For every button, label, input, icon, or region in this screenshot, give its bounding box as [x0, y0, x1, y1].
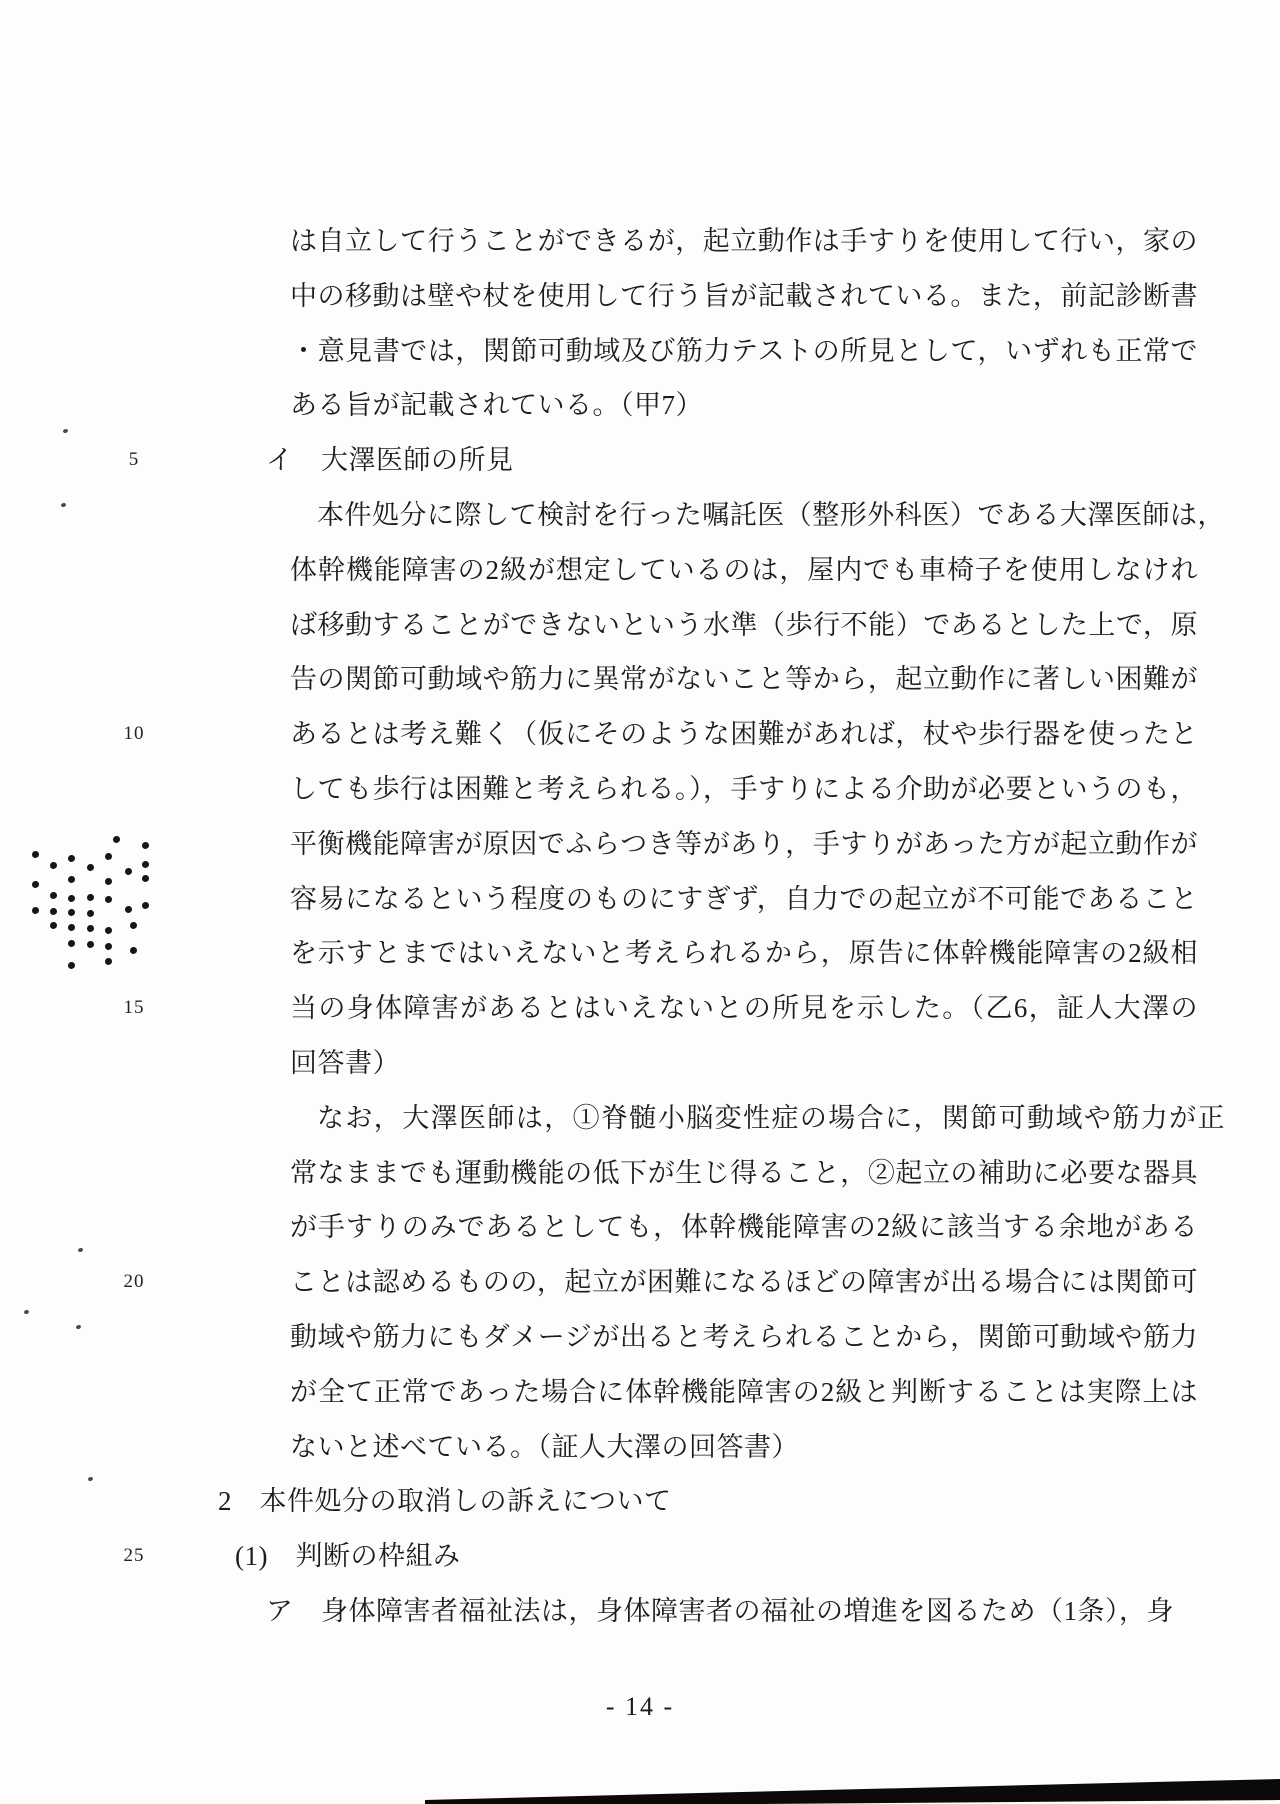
margin-line-number: 25	[108, 1544, 160, 1568]
text-line: 告の関節可動域や筋力に異常がないこと等から，起立動作に著しい困難が	[290, 658, 1198, 700]
stamp-dot	[105, 896, 112, 903]
text-line: 動域や筋力にもダメージが出ると考えられることから，関節可動域や筋力	[290, 1316, 1198, 1358]
stamp-dot	[105, 853, 112, 860]
margin-line-number: 15	[108, 996, 160, 1020]
stamp-dot	[68, 855, 75, 862]
stamp-dot	[142, 875, 149, 882]
stamp-dot	[105, 927, 112, 934]
stamp-dot	[125, 868, 132, 875]
text-line: ことは認めるものの，起立が困難になるほどの障害が出る場合には関節可	[290, 1261, 1198, 1303]
stamp-dot	[87, 864, 94, 871]
text-line: が全て正常であった場合に体幹機能障害の2級と判断することは実際上は	[290, 1371, 1198, 1413]
stamp-dot	[32, 907, 39, 914]
scan-speck	[88, 1476, 94, 1481]
stamp-dot	[105, 943, 112, 950]
stamp-dot	[87, 894, 94, 901]
text-line: (1) 判断の枠組み	[235, 1535, 460, 1577]
text-line: は自立して行うことができるが，起立動作は手すりを使用して行い，家の	[290, 220, 1198, 262]
stamp-dot	[142, 902, 149, 909]
page-number: - 14 -	[560, 1692, 720, 1722]
text-line: が手すりのみであるとしても，体幹機能障害の2級に該当する余地がある	[290, 1206, 1198, 1248]
text-line: を示すとまではいえないと考えられるから，原告に体幹機能障害の2級相	[290, 932, 1198, 974]
text-line: 当の身体障害があるとはいえないとの所見を示した。（乙6，証人大澤の	[290, 987, 1198, 1029]
text-line: ないと述べている。（証人大澤の回答書）	[290, 1426, 799, 1468]
scanned-document-page: は自立して行うことができるが，起立動作は手すりを使用して行い，家の中の移動は壁や…	[0, 0, 1280, 1804]
text-line: 常なままでも運動機能の低下が生じ得ること，②起立の補助に必要な器具	[290, 1152, 1198, 1194]
stamp-dot	[125, 906, 132, 913]
stamp-dot	[87, 941, 94, 948]
stamp-dot	[50, 922, 57, 929]
stamp-dot	[130, 947, 137, 954]
stamp-dot	[32, 851, 39, 858]
text-line: 中の移動は壁や杖を使用して行う旨が記載されている。また，前記診断書	[290, 275, 1198, 317]
scan-speck	[63, 428, 69, 433]
stamp-dot	[50, 908, 57, 915]
text-line: 2 本件処分の取消しの訴えについて	[218, 1480, 671, 1522]
scan-speck	[61, 502, 67, 507]
stamp-dot	[87, 925, 94, 932]
stamp-dot	[142, 842, 149, 849]
stamp-dot	[68, 895, 75, 902]
stamp-dot	[68, 924, 75, 931]
stamp-dot	[32, 881, 39, 888]
text-line: なお，大澤医師は，①脊髄小脳変性症の場合に，関節可動域や筋力が正	[317, 1097, 1225, 1139]
text-line: イ 大澤医師の所見	[266, 439, 514, 481]
text-line: あるとは考え難く（仮にそのような困難があれば，杖や歩行器を使ったと	[290, 713, 1198, 755]
text-line: 本件処分に際して検討を行った嘱託医（整形外科医）である大澤医師は，	[317, 494, 1225, 536]
text-line: しても歩行は困難と考えられる。），手すりによる介助が必要というのも，	[290, 768, 1198, 810]
stamp-dot	[105, 958, 112, 965]
stamp-dot	[68, 876, 75, 883]
stamp-dot	[68, 962, 75, 969]
stamp-dot	[105, 878, 112, 885]
scan-speck	[24, 1309, 30, 1314]
stamp-dot	[68, 909, 75, 916]
margin-line-number: 5	[108, 448, 160, 472]
stamp-dot	[50, 862, 57, 869]
scan-speck	[78, 1247, 84, 1252]
text-line: ば移動することができないという水準（歩行不能）であるとした上で，原	[290, 604, 1198, 646]
stamp-dot	[113, 836, 120, 843]
text-line: ある旨が記載されている。（甲7）	[290, 384, 703, 426]
stamp-dot	[68, 940, 75, 947]
stamp-dot	[142, 861, 149, 868]
text-line: 平衡機能障害が原因でふらつき等があり，手すりがあった方が起立動作が	[290, 823, 1198, 865]
text-line: 回答書）	[290, 1042, 400, 1084]
margin-line-number: 20	[108, 1270, 160, 1294]
text-line: 容易になるという程度のものにすぎず，自力での起立が不可能であること	[290, 878, 1198, 920]
stamp-dot	[130, 922, 137, 929]
text-line: 体幹機能障害の2級が想定しているのは，屋内でも車椅子を使用しなけれ	[290, 549, 1198, 591]
text-line: ア 身体障害者福祉法は，身体障害者の福祉の増進を図るため（1条），身	[266, 1590, 1174, 1632]
stamp-dot	[87, 910, 94, 917]
text-line: ・意見書では，関節可動域及び筋力テストの所見として，いずれも正常で	[290, 330, 1198, 372]
margin-line-number: 10	[108, 722, 160, 746]
scan-speck	[76, 1324, 82, 1329]
stamp-dot	[50, 892, 57, 899]
